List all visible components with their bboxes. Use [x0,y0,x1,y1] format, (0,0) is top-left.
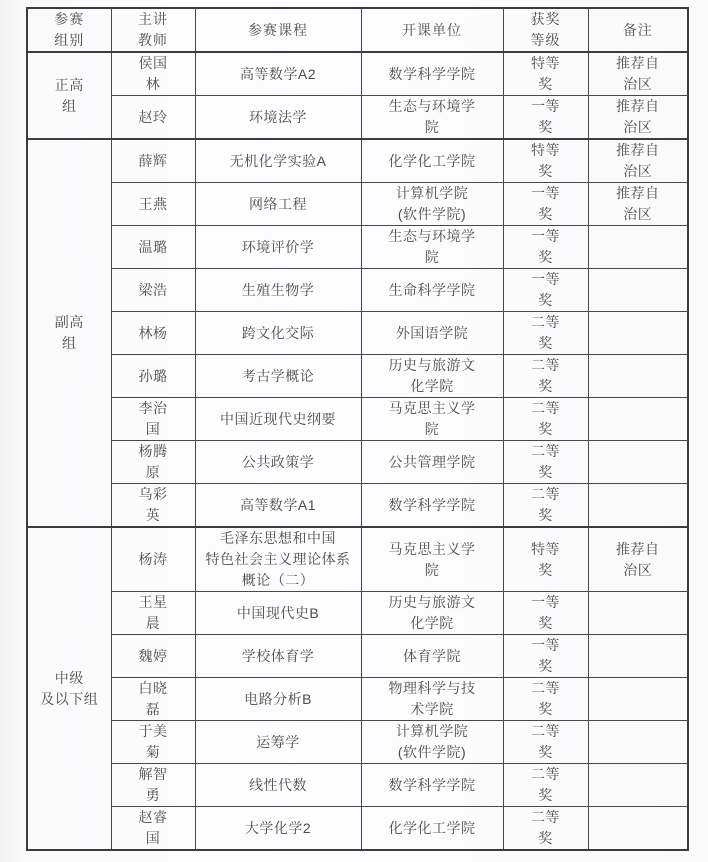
note-cell [588,226,688,269]
note-cell [588,269,688,312]
unit-cell: 数学科学学院 [361,52,503,96]
award-value: 二等奖 [528,355,564,397]
award-value: 特等奖 [528,140,564,182]
teacher-value: 李治国 [135,398,171,440]
table-row: 赵玲环境法学生态与环境学院一等奖推荐自治区 [27,96,688,140]
course-cell: 网络工程 [195,183,361,226]
award-cell: 二等奖 [503,764,588,807]
award-cell: 特等奖 [503,52,588,96]
award-cell: 二等奖 [503,484,588,528]
teacher-cell: 孙璐 [111,355,195,398]
course-value: 运筹学 [256,732,300,753]
group-cell: 正高 组 [27,52,111,139]
group-label: 中级 及以下组 [40,668,98,710]
header-row: 参赛组别主讲教师参赛课程开课单位获奖等级备注 [27,8,688,52]
award-cell: 特等奖 [503,527,588,592]
award-value: 二等奖 [528,484,564,526]
unit-value: 化学化工学院 [389,818,476,839]
unit-value: 计算机学院 (软件学院) [396,721,469,763]
note-value: 推荐自治区 [613,183,663,225]
unit-value: 马克思主义学院 [384,398,480,440]
note-cell: 推荐自治区 [588,183,688,226]
award-value: 一等奖 [528,96,564,138]
course-cell: 生殖生物学 [195,269,361,312]
teacher-value: 杨腾原 [135,441,171,483]
award-value: 二等奖 [528,764,564,806]
note-value: 推荐自治区 [613,539,663,581]
teacher-value: 乌彩英 [135,484,171,526]
note-cell: 推荐自治区 [588,139,688,183]
unit-value: 历史与旅游文化学院 [384,592,480,634]
teacher-value: 林杨 [139,323,168,344]
header-label: 主讲教师 [135,9,171,51]
course-value: 毛泽东思想和中国 特色社会主义理论体系 概论（二） [206,528,351,591]
teacher-cell: 杨涛 [111,527,195,592]
note-cell [588,441,688,484]
table-row: 正高 组侯国林高等数学A2数学科学学院特等奖推荐自治区 [27,52,688,96]
award-value: 二等奖 [528,807,564,849]
header-label: 获奖等级 [528,9,564,51]
award-cell: 特等奖 [503,139,588,183]
group-cell: 副高 组 [27,139,111,527]
header-cell: 参赛组别 [27,8,111,52]
note-cell [588,807,688,851]
group-cell: 中级 及以下组 [27,527,111,850]
awards-table-container: 参赛组别主讲教师参赛课程开课单位获奖等级备注 正高 组侯国林高等数学A2数学科学… [26,7,689,851]
note-cell [588,721,688,764]
unit-value: 生态与环境学院 [384,226,480,268]
unit-cell: 生命科学学院 [361,269,503,312]
unit-cell: 物理科学与技术学院 [361,678,503,721]
unit-cell: 生态与环境学院 [361,96,503,140]
table-row: 魏婷学校体育学体育学院一等奖 [27,635,688,678]
course-value: 考古学概论 [242,366,315,387]
teacher-cell: 解智勇 [111,764,195,807]
header-cell: 主讲教师 [111,8,195,52]
teacher-cell: 于美菊 [111,721,195,764]
note-cell [588,635,688,678]
course-value: 大学化学2 [245,818,311,839]
table-row: 李治国中国近现代史纲要马克思主义学院二等奖 [27,398,688,441]
teacher-cell: 赵睿国 [111,807,195,851]
award-value: 特等奖 [528,53,564,95]
teacher-value: 王星晨 [135,592,171,634]
course-cell: 考古学概论 [195,355,361,398]
table-row: 王燕网络工程计算机学院 (软件学院)一等奖推荐自治区 [27,183,688,226]
note-cell [588,678,688,721]
table-row: 白晓磊电路分析B物理科学与技术学院二等奖 [27,678,688,721]
unit-cell: 计算机学院 (软件学院) [361,183,503,226]
table-body: 正高 组侯国林高等数学A2数学科学学院特等奖推荐自治区赵玲环境法学生态与环境学院… [27,52,688,850]
unit-cell: 体育学院 [361,635,503,678]
award-value: 二等奖 [528,721,564,763]
course-cell: 高等数学A1 [195,484,361,528]
award-value: 一等奖 [528,226,564,268]
teacher-value: 于美菊 [135,721,171,763]
teacher-cell: 梁浩 [111,269,195,312]
table-row: 杨腾原公共政策学公共管理学院二等奖 [27,441,688,484]
course-value: 中国近现代史纲要 [220,409,336,430]
teacher-value: 白晓磊 [135,678,171,720]
unit-cell: 外国语学院 [361,312,503,355]
unit-cell: 马克思主义学院 [361,398,503,441]
course-value: 电路分析B [244,689,312,710]
unit-value: 体育学院 [403,646,461,667]
table-row: 王星晨中国现代史B历史与旅游文化学院一等奖 [27,592,688,635]
unit-value: 数学科学学院 [389,775,476,796]
teacher-cell: 赵玲 [111,96,195,140]
teacher-value: 赵玲 [139,107,168,128]
teacher-cell: 温璐 [111,226,195,269]
award-cell: 二等奖 [503,721,588,764]
course-cell: 公共政策学 [195,441,361,484]
course-value: 学校体育学 [242,646,315,667]
unit-value: 物理科学与技术学院 [384,678,480,720]
award-value: 二等奖 [528,678,564,720]
course-value: 跨文化交际 [242,323,315,344]
teacher-value: 杨涛 [139,549,168,570]
unit-value: 数学科学学院 [389,64,476,85]
teacher-value: 梁浩 [139,280,168,301]
unit-cell: 马克思主义学院 [361,527,503,592]
course-cell: 电路分析B [195,678,361,721]
teacher-cell: 魏婷 [111,635,195,678]
course-value: 无机化学实验A [230,151,327,172]
unit-cell: 数学科学学院 [361,484,503,528]
unit-value: 数学科学学院 [389,495,476,516]
note-value: 推荐自治区 [613,140,663,182]
award-value: 二等奖 [528,312,564,354]
header-cell: 参赛课程 [195,8,361,52]
course-cell: 高等数学A2 [195,52,361,96]
course-cell: 环境法学 [195,96,361,140]
award-cell: 一等奖 [503,635,588,678]
unit-value: 外国语学院 [396,323,469,344]
note-cell [588,764,688,807]
table-row: 中级 及以下组杨涛毛泽东思想和中国 特色社会主义理论体系 概论（二）马克思主义学… [27,527,688,592]
teacher-value: 解智勇 [135,764,171,806]
unit-value: 生态与环境学院 [384,96,480,138]
course-value: 生殖生物学 [242,280,315,301]
award-value: 特等奖 [528,539,564,581]
award-cell: 一等奖 [503,96,588,140]
table-row: 梁浩生殖生物学生命科学学院一等奖 [27,269,688,312]
course-value: 公共政策学 [242,452,315,473]
course-value: 环境评价学 [242,237,315,258]
teacher-value: 温璐 [139,237,168,258]
header-label: 参赛组别 [51,9,87,51]
note-cell [588,484,688,528]
teacher-cell: 乌彩英 [111,484,195,528]
unit-value: 马克思主义学院 [384,539,480,581]
awards-table: 参赛组别主讲教师参赛课程开课单位获奖等级备注 正高 组侯国林高等数学A2数学科学… [26,7,689,851]
unit-cell: 化学化工学院 [361,807,503,851]
header-label: 开课单位 [402,22,462,38]
award-cell: 一等奖 [503,592,588,635]
award-value: 一等奖 [528,592,564,634]
table-row: 赵睿国大学化学2化学化工学院二等奖 [27,807,688,851]
award-cell: 二等奖 [503,441,588,484]
award-value: 一等奖 [528,635,564,677]
table-row: 孙璐考古学概论历史与旅游文化学院二等奖 [27,355,688,398]
award-value: 一等奖 [528,269,564,311]
unit-cell: 数学科学学院 [361,764,503,807]
teacher-cell: 白晓磊 [111,678,195,721]
header-cell: 获奖等级 [503,8,588,52]
award-cell: 二等奖 [503,398,588,441]
award-cell: 一等奖 [503,269,588,312]
note-value: 推荐自治区 [613,96,663,138]
teacher-cell: 侯国林 [111,52,195,96]
course-value: 网络工程 [249,194,307,215]
teacher-value: 侯国林 [135,53,171,95]
unit-cell: 历史与旅游文化学院 [361,355,503,398]
teacher-value: 薛辉 [139,151,168,172]
course-cell: 中国近现代史纲要 [195,398,361,441]
unit-value: 公共管理学院 [389,452,476,473]
unit-cell: 公共管理学院 [361,441,503,484]
teacher-cell: 王星晨 [111,592,195,635]
table-row: 温璐环境评价学生态与环境学院一等奖 [27,226,688,269]
teacher-cell: 林杨 [111,312,195,355]
unit-cell: 历史与旅游文化学院 [361,592,503,635]
header-label: 备注 [623,22,653,38]
unit-value: 生命科学学院 [389,280,476,301]
award-cell: 一等奖 [503,226,588,269]
course-value: 高等数学A1 [240,495,316,516]
award-cell: 二等奖 [503,312,588,355]
course-value: 高等数学A2 [240,64,316,85]
teacher-value: 魏婷 [139,646,168,667]
note-cell [588,398,688,441]
unit-cell: 生态与环境学院 [361,226,503,269]
award-cell: 二等奖 [503,355,588,398]
header-label: 参赛课程 [248,22,308,38]
course-cell: 学校体育学 [195,635,361,678]
table-row: 林杨跨文化交际外国语学院二等奖 [27,312,688,355]
teacher-cell: 李治国 [111,398,195,441]
course-cell: 中国现代史B [195,592,361,635]
header-cell: 开课单位 [361,8,503,52]
unit-cell: 化学化工学院 [361,139,503,183]
course-value: 环境法学 [249,107,307,128]
course-cell: 无机化学实验A [195,139,361,183]
teacher-value: 赵睿国 [135,807,171,849]
unit-value: 计算机学院 (软件学院) [396,183,469,225]
note-cell: 推荐自治区 [588,527,688,592]
unit-value: 历史与旅游文化学院 [384,355,480,397]
teacher-cell: 薛辉 [111,139,195,183]
note-cell [588,355,688,398]
course-cell: 毛泽东思想和中国 特色社会主义理论体系 概论（二） [195,527,361,592]
course-cell: 环境评价学 [195,226,361,269]
course-value: 中国现代史B [237,603,319,624]
group-label: 副高 组 [55,312,84,354]
award-cell: 二等奖 [503,678,588,721]
teacher-value: 王燕 [139,194,168,215]
award-value: 二等奖 [528,441,564,483]
teacher-cell: 杨腾原 [111,441,195,484]
course-cell: 线性代数 [195,764,361,807]
table-row: 解智勇线性代数数学科学学院二等奖 [27,764,688,807]
note-cell [588,312,688,355]
course-cell: 大学化学2 [195,807,361,851]
table-row: 乌彩英高等数学A1数学科学学院二等奖 [27,484,688,528]
teacher-cell: 王燕 [111,183,195,226]
note-cell: 推荐自治区 [588,96,688,140]
award-cell: 二等奖 [503,807,588,851]
award-value: 一等奖 [528,183,564,225]
header-cell: 备注 [588,8,688,52]
course-cell: 跨文化交际 [195,312,361,355]
note-cell: 推荐自治区 [588,52,688,96]
group-label: 正高 组 [55,75,84,117]
award-value: 二等奖 [528,398,564,440]
course-value: 线性代数 [249,775,307,796]
teacher-value: 孙璐 [139,366,168,387]
note-value: 推荐自治区 [613,53,663,95]
table-row: 副高 组薛辉无机化学实验A化学化工学院特等奖推荐自治区 [27,139,688,183]
table-header: 参赛组别主讲教师参赛课程开课单位获奖等级备注 [27,8,688,52]
course-cell: 运筹学 [195,721,361,764]
note-cell [588,592,688,635]
award-cell: 一等奖 [503,183,588,226]
table-row: 于美菊运筹学计算机学院 (软件学院)二等奖 [27,721,688,764]
unit-value: 化学化工学院 [389,151,476,172]
unit-cell: 计算机学院 (软件学院) [361,721,503,764]
